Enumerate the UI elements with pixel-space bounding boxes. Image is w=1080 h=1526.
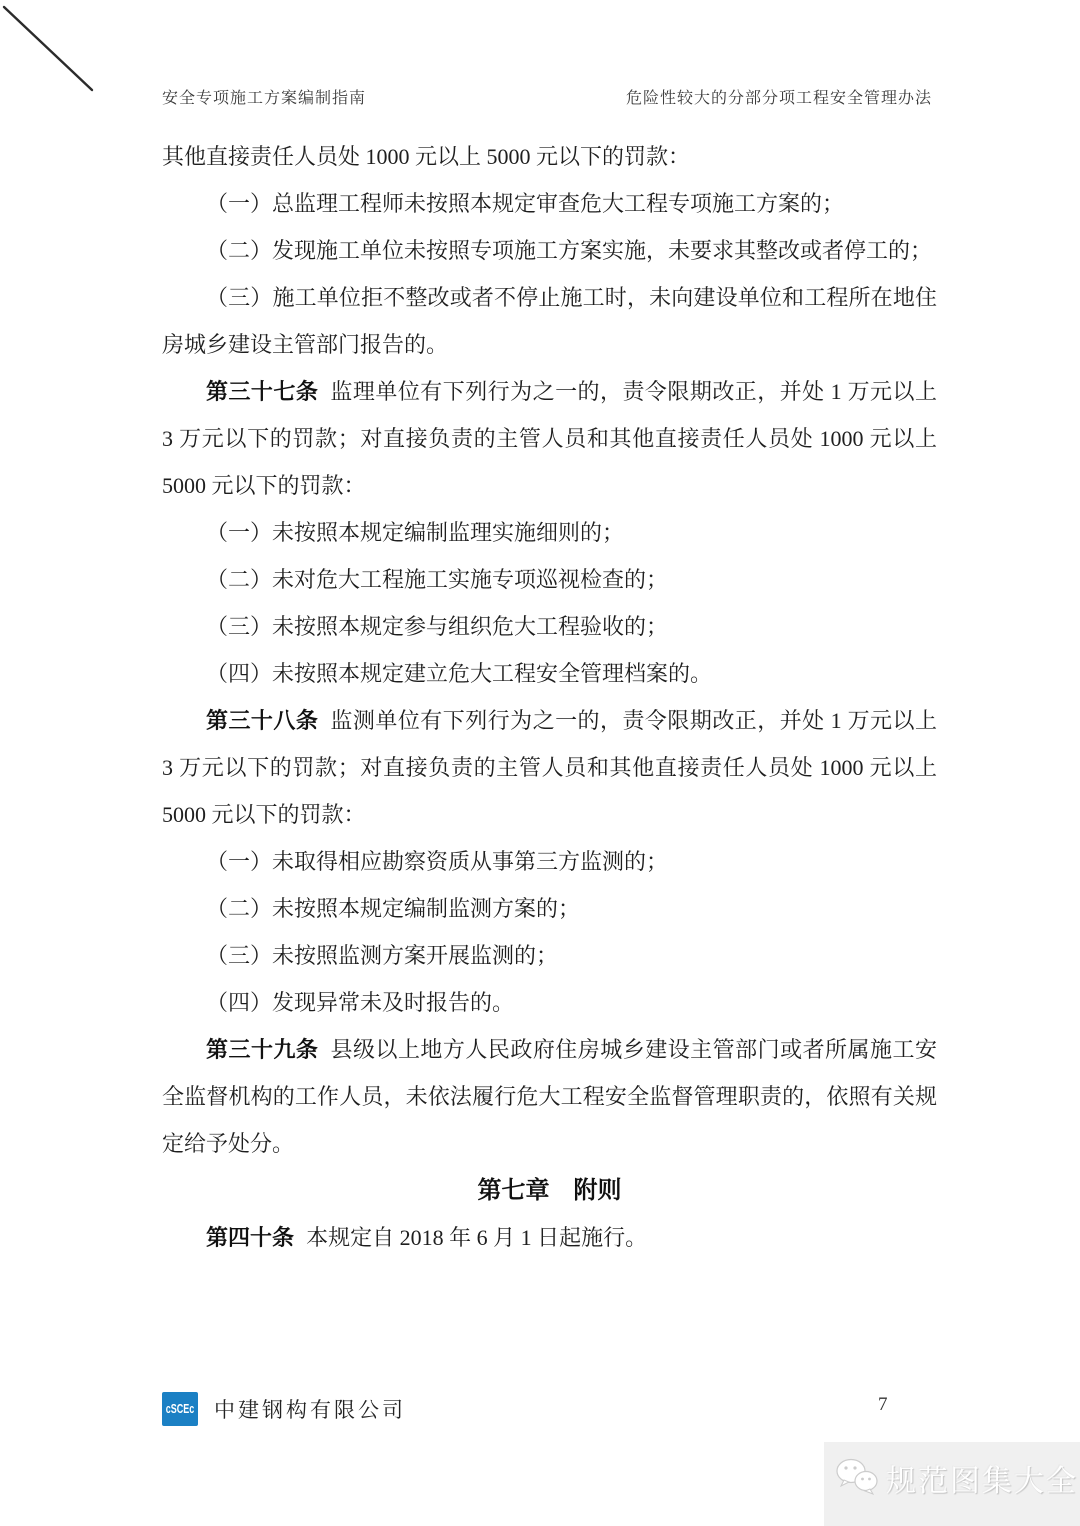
article-number: 第三十八条 xyxy=(206,708,318,733)
paragraph: （二）发现施工单位未按照专项施工方案实施，未要求其整改或者停工的； xyxy=(162,227,937,274)
paragraph: 其他直接责任人员处 1000 元以上 5000 元以下的罚款： xyxy=(162,133,937,180)
paragraph-text: （四）发现异常未及时报告的。 xyxy=(206,990,514,1015)
paragraph: 第三十八条监测单位有下列行为之一的，责令限期改正，并处 1 万元以上 3 万元以… xyxy=(162,697,937,838)
article-number: 第三十七条 xyxy=(206,379,318,404)
page-number: 7 xyxy=(878,1394,888,1416)
paragraph: 第四十条本规定自 2018 年 6 月 1 日起施行。 xyxy=(162,1214,937,1261)
paragraph-text: （一）未取得相应勘察资质从事第三方监测的； xyxy=(206,849,668,874)
watermark-banner: 规范图集大全 xyxy=(824,1442,1080,1526)
paragraph-text: （一）未按照本规定编制监理实施细则的； xyxy=(206,520,624,545)
wechat-icon xyxy=(834,1456,880,1498)
corner-diagonal-line xyxy=(0,0,100,100)
page-header: 安全专项施工方案编制指南 危险性较大的分部分项工程安全管理办法 xyxy=(162,85,932,108)
paragraph-text: （三）未按照监测方案开展监测的； xyxy=(206,943,558,968)
page-footer: cSCEc 中建钢构有限公司 xyxy=(162,1392,932,1426)
document-body: 其他直接责任人员处 1000 元以上 5000 元以下的罚款：（一）总监理工程师… xyxy=(162,133,937,1261)
chapter-heading: 第七章 附则 xyxy=(162,1167,937,1214)
paragraph: （二）未按照本规定编制监测方案的； xyxy=(162,885,937,932)
paragraph-text: （三）未按照本规定参与组织危大工程验收的； xyxy=(206,614,668,639)
paragraph: （四）未按照本规定建立危大工程安全管理档案的。 xyxy=(162,650,937,697)
paragraph-text: （二）未按照本规定编制监测方案的； xyxy=(206,896,580,921)
paragraph: （一）未取得相应勘察资质从事第三方监测的； xyxy=(162,838,937,885)
paragraph-text: 第七章 附则 xyxy=(478,1177,622,1204)
paragraph-text: （二）未对危大工程施工实施专项巡视检查的； xyxy=(206,567,668,592)
paragraph-text: （一）总监理工程师未按照本规定审查危大工程专项施工方案的； xyxy=(206,191,844,216)
paragraph: （二）未对危大工程施工实施专项巡视检查的； xyxy=(162,556,937,603)
watermark-text: 规范图集大全 xyxy=(886,1456,1078,1500)
paragraph: （四）发现异常未及时报告的。 xyxy=(162,979,937,1026)
article-number: 第四十条 xyxy=(206,1225,294,1250)
paragraph-text: 本规定自 2018 年 6 月 1 日起施行。 xyxy=(306,1225,647,1250)
paragraph: （三）施工单位拒不整改或者不停止施工时，未向建设单位和工程所在地住房城乡建设主管… xyxy=(162,274,937,368)
paragraph: 第三十七条监理单位有下列行为之一的，责令限期改正，并处 1 万元以上 3 万元以… xyxy=(162,368,937,509)
paragraph-text: 其他直接责任人员处 1000 元以上 5000 元以下的罚款： xyxy=(162,144,690,169)
article-number: 第三十九条 xyxy=(206,1037,318,1062)
paragraph: （三）未按照本规定参与组织危大工程验收的； xyxy=(162,603,937,650)
paragraph-text: （二）发现施工单位未按照专项施工方案实施，未要求其整改或者停工的； xyxy=(206,238,932,263)
cscec-logo-text: cSCEc xyxy=(166,1403,195,1416)
header-left-title: 安全专项施工方案编制指南 xyxy=(162,85,366,108)
paragraph: 第三十九条县级以上地方人民政府住房城乡建设主管部门或者所属施工安全监督机构的工作… xyxy=(162,1026,937,1167)
paragraph-text: （三）施工单位拒不整改或者不停止施工时，未向建设单位和工程所在地住房城乡建设主管… xyxy=(162,285,937,357)
paragraph: （一）总监理工程师未按照本规定审查危大工程专项施工方案的； xyxy=(162,180,937,227)
company-name: 中建钢构有限公司 xyxy=(214,1394,406,1424)
paragraph-text: （四）未按照本规定建立危大工程安全管理档案的。 xyxy=(206,661,712,686)
paragraph: （三）未按照监测方案开展监测的； xyxy=(162,932,937,979)
cscec-logo-icon: cSCEc xyxy=(162,1392,198,1426)
header-right-title: 危险性较大的分部分项工程安全管理办法 xyxy=(626,85,932,108)
document-page: 安全专项施工方案编制指南 危险性较大的分部分项工程安全管理办法 其他直接责任人员… xyxy=(0,0,1080,1526)
paragraph: （一）未按照本规定编制监理实施细则的； xyxy=(162,509,937,556)
